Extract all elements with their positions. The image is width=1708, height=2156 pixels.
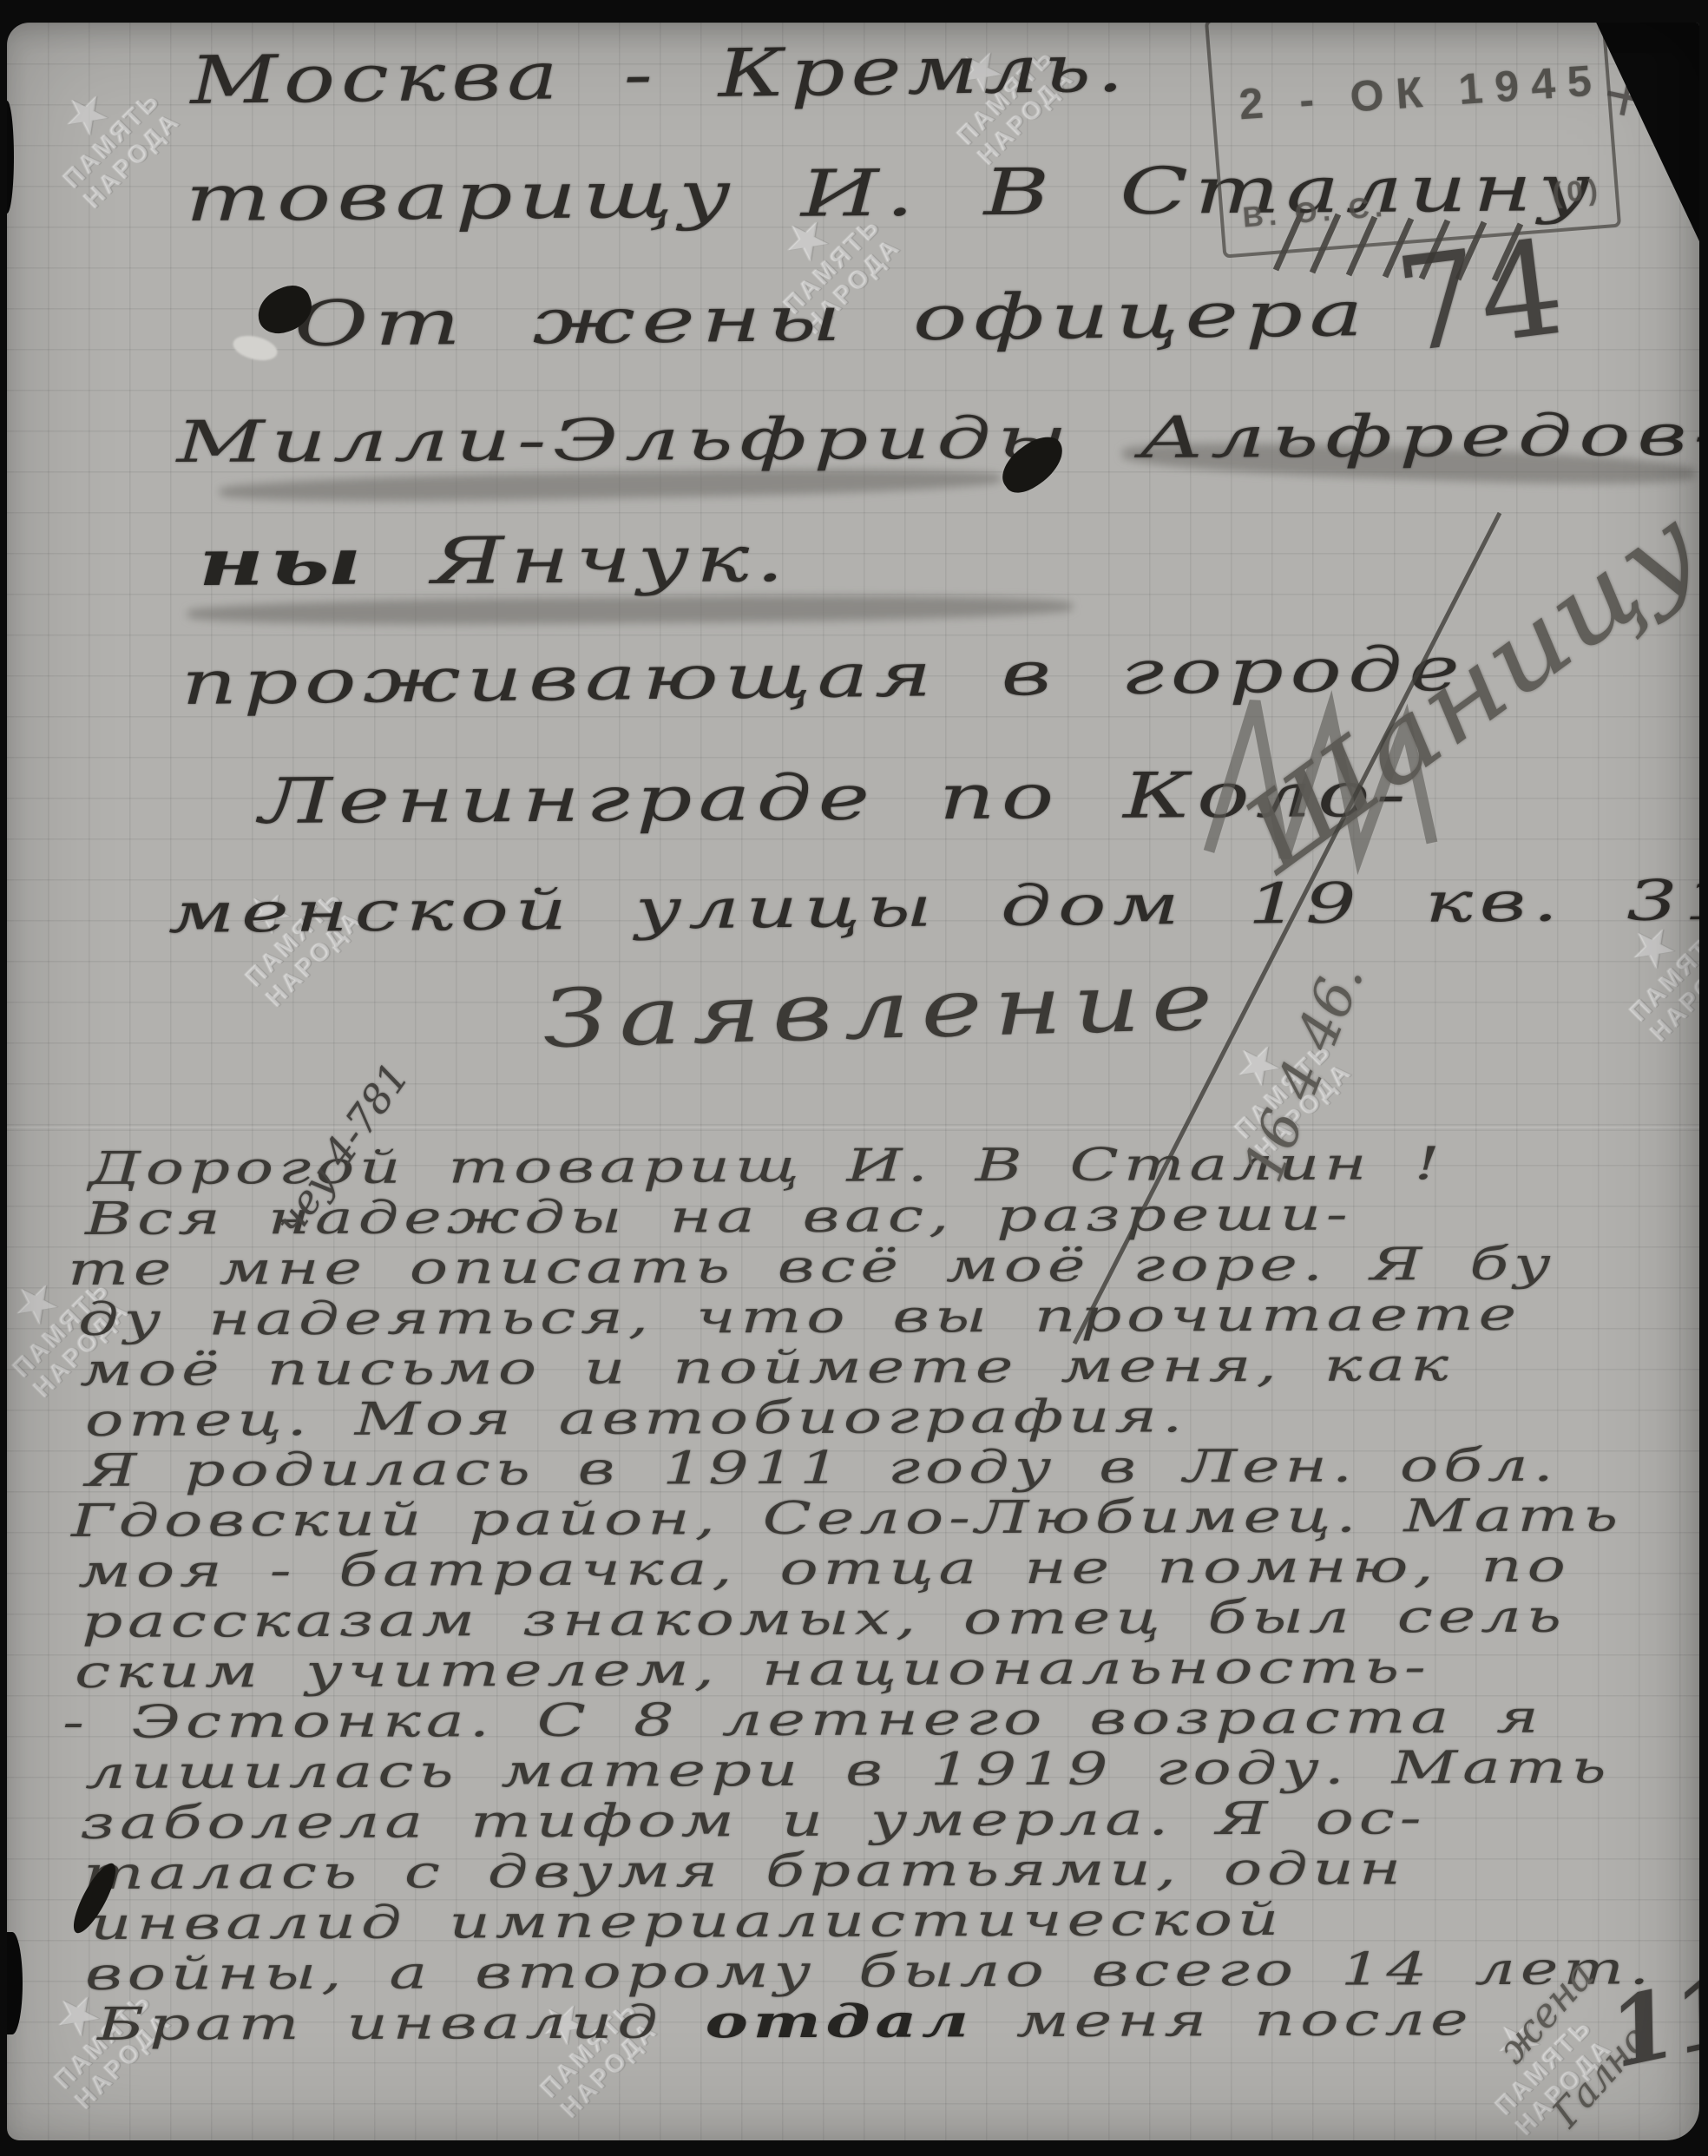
body-line: ду надеяться, что вы прочитаете <box>78 1289 1658 1345</box>
header-line-name: Милли-Эльфриды Альфредов- <box>176 402 1699 476</box>
body-line: талась с двумя братьями, один <box>83 1843 1655 1899</box>
body-line: заболела тифом и умерла. Я ос- <box>80 1792 1657 1849</box>
star-icon: ★ <box>18 46 154 182</box>
body-line: рассказам знакомых, отец был сель <box>82 1591 1656 1647</box>
body-line: - Эстонка. С 8 летнего возраста я <box>62 1692 1664 1748</box>
archive-watermark: ★ ПАМЯТЬ НАРОДА <box>18 46 195 223</box>
header-line-from: От жены офицера <box>293 277 1370 360</box>
header-line-address: Москва - Кремль. <box>189 29 1130 119</box>
paper-crease <box>7 1127 1699 1131</box>
letter-body: Дорогой товарищ И. В Сталин ! Вся надежд… <box>76 1144 1190 2050</box>
stamp-date-text: 2 - ОК 1945 <box>1238 55 1606 129</box>
overwritten-syllable: ны <box>198 525 368 601</box>
date-stamp: 2 - ОК 1945 В. О. С. (0) <box>1205 23 1621 259</box>
scan-edge-shadow <box>7 101 14 214</box>
body-line: моя - батрачка, отца не помню, по <box>78 1541 1658 1597</box>
page-title: Заявление <box>541 955 1226 1066</box>
body-line: те мне описать всё моё горе. Я бу <box>68 1239 1662 1295</box>
body-line: Брат инвалид отдал меня после <box>97 1994 1650 2050</box>
body-line: лишилась матери в 1919 году. Мать <box>85 1742 1654 1798</box>
paper-sheet: ★ ПАМЯТЬ НАРОДА ★ ПАМЯТЬ НАРОДА ★ ПАМЯТЬ… <box>7 23 1699 2140</box>
scanned-letter-page: ★ ПАМЯТЬ НАРОДА ★ ПАМЯТЬ НАРОДА ★ ПАМЯТЬ… <box>0 0 1708 2156</box>
overwritten-word: отдал <box>705 1995 973 2048</box>
scan-edge-shadow <box>7 1932 23 2034</box>
body-line: моё письмо и поймете меня, как <box>80 1339 1657 1396</box>
body-line: ским учителем, национальность- <box>75 1641 1659 1698</box>
header-line-surname: ны Янчук. <box>198 522 791 601</box>
body-line: отец. Моя автобиография. <box>85 1390 1654 1446</box>
stamp-org-text: В. О. С. (0) <box>1241 173 1604 234</box>
body-line: войны, а второму было всего 14 лет. <box>85 1943 1654 2000</box>
body-line: Гдовский район, Село-Любимец. Мать <box>71 1490 1660 1547</box>
body-line: Я родилась в 1911 году в Лен. обл. <box>85 1440 1654 1496</box>
paper-tear <box>231 332 280 365</box>
header-line-street: менской улицы дом 19 кв. 31 <box>168 869 1699 946</box>
header-line-residing: проживающая в городе <box>181 634 1467 719</box>
body-line: инвалид империалистической <box>90 1893 1652 1949</box>
